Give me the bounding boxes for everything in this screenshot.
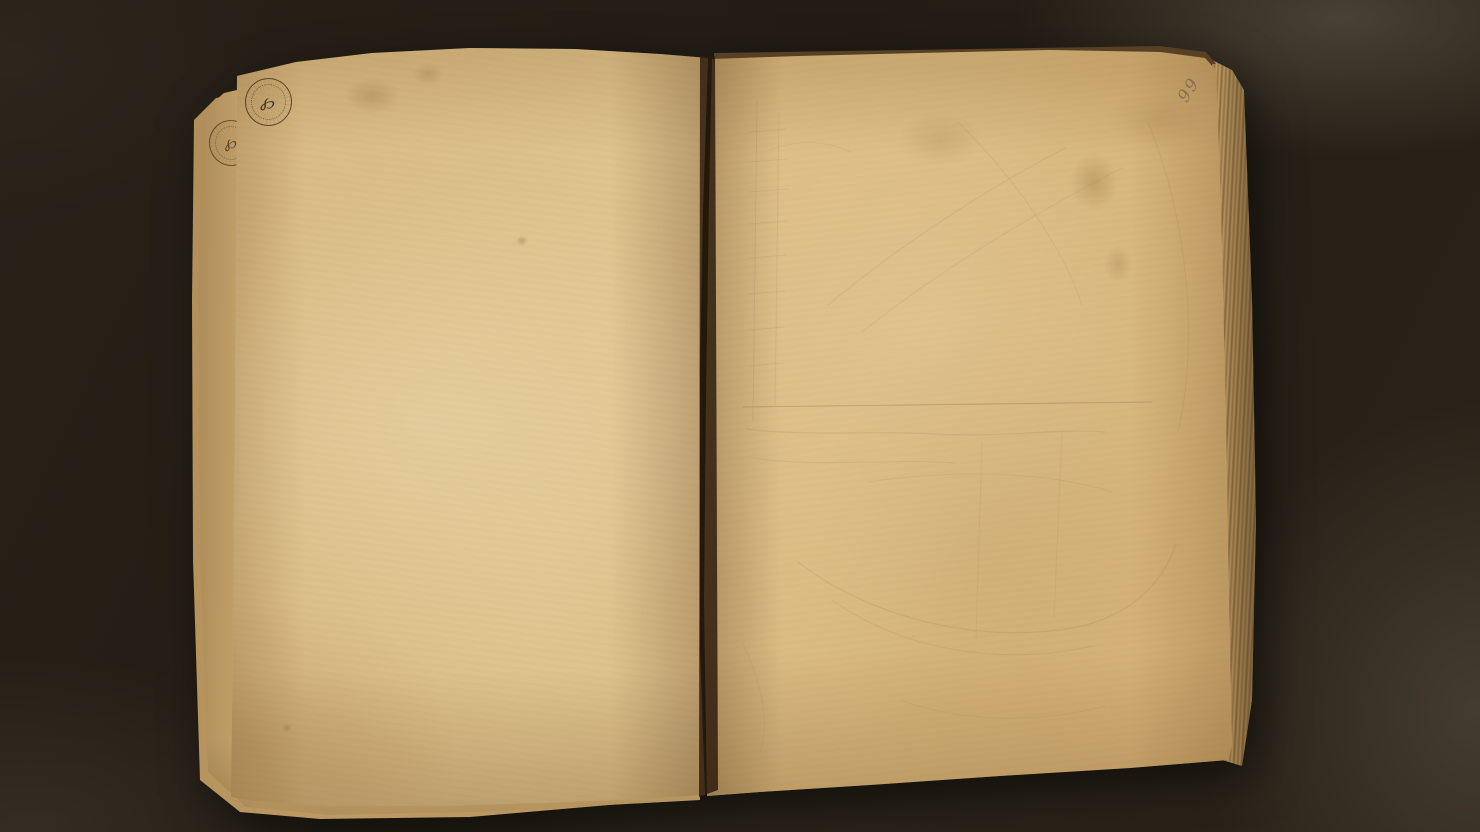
- stamp-monogram: ℘: [259, 91, 278, 114]
- stamp-monogram: ℘: [224, 134, 238, 152]
- open-sketchbook: ℘: [0, 0, 1480, 832]
- photograph-of-open-sketchbook: ℘: [0, 0, 1480, 832]
